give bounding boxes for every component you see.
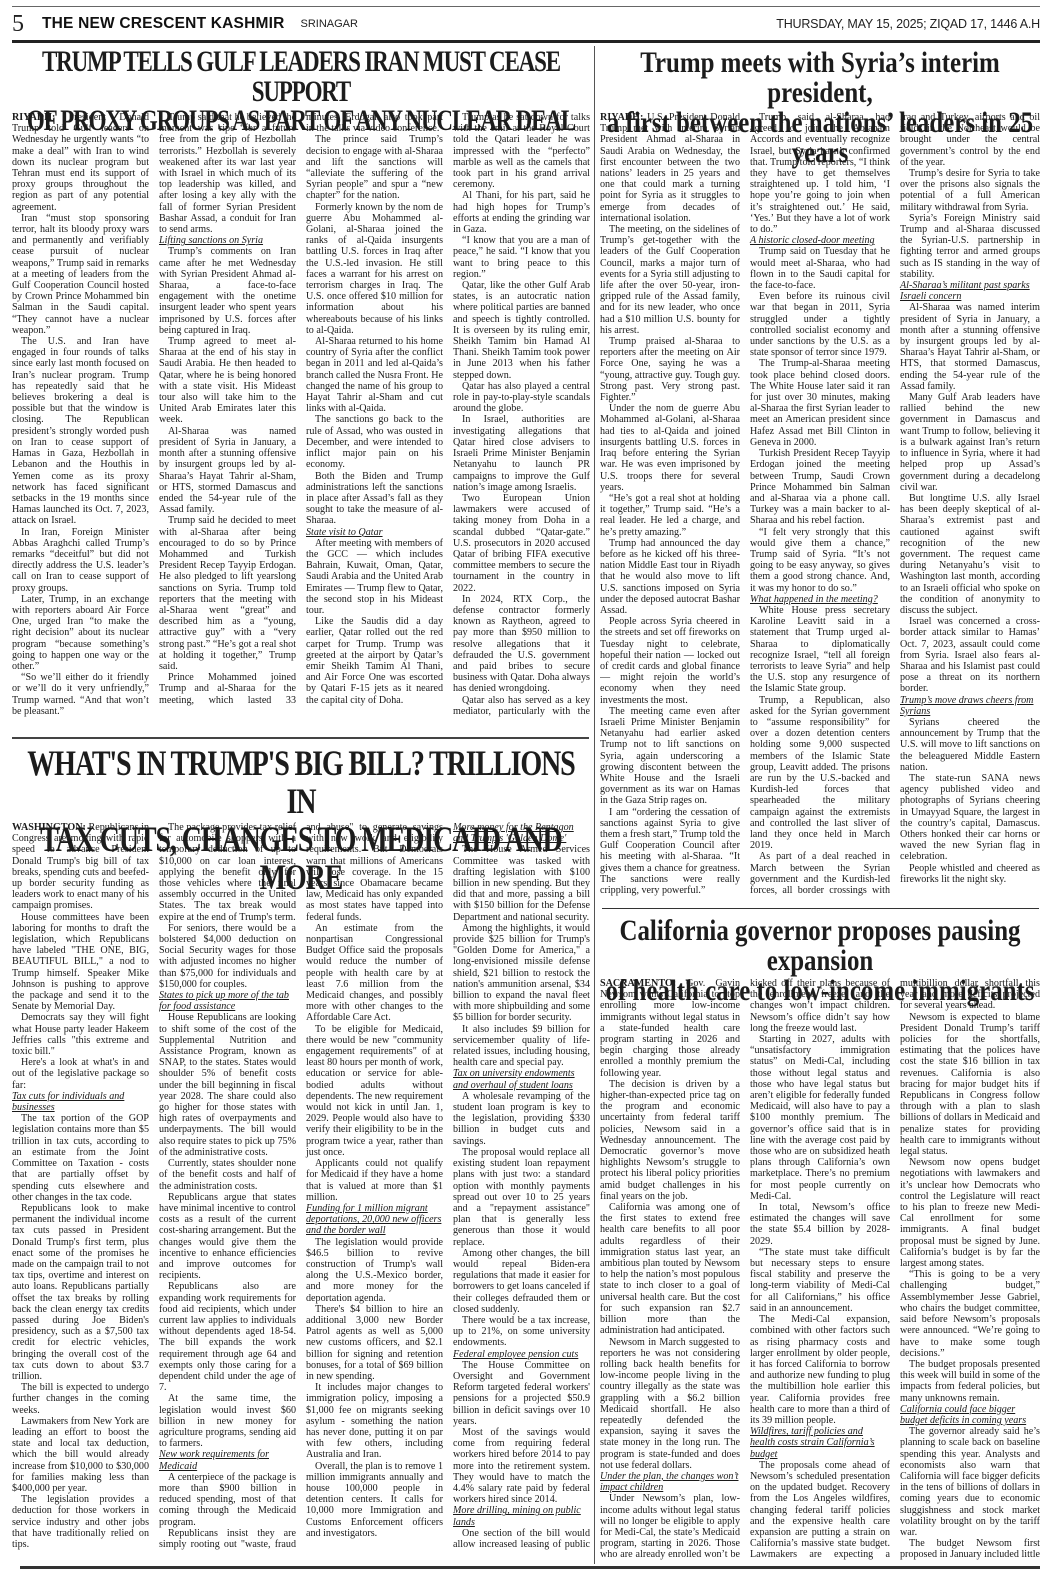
article-syria: Trump meets with Syria’s interim preside…: [600, 44, 1040, 906]
paragraph: Trump agreed to meet al-Sharaa at the en…: [159, 336, 296, 426]
paragraph: The legislation provides a deduction for…: [12, 1494, 149, 1550]
paragraph: Republicans look to make permanent the i…: [12, 1203, 149, 1382]
paragraph: A centerpiece of the package is more tha…: [159, 1472, 296, 1528]
article-big-bill: WHAT'S IN TRUMP'S BIG BILL? TRILLIONS IN…: [12, 742, 590, 1564]
paragraph: Trump praised al-Sharaa to reporters aft…: [600, 336, 740, 403]
paragraph: Both the Biden and Trump administrations…: [306, 471, 443, 527]
section-rule: [12, 737, 589, 739]
headline-line: TAX CUTS, CHANGES TO MEDICAID AND MORE: [12, 820, 589, 896]
paragraph: Trump said on Tuesday that he would meet…: [750, 246, 890, 291]
article-body: SACRAMENTO: Gov. Gavin Newsom wants Cali…: [600, 978, 1040, 1562]
subhead: What happened in the meeting?: [750, 594, 890, 605]
paragraph: Many Gulf Arab leaders have rallied behi…: [900, 392, 1040, 493]
headline: California governor proposes pausing exp…: [601, 912, 1039, 978]
paragraph: “This is going to be a very challenging …: [900, 1269, 1040, 1359]
paragraph: Like the Saudis did a day earlier, Qatar…: [306, 616, 443, 706]
paragraph: “He’s got a real shot at holding it toge…: [600, 493, 740, 538]
bottom-rule: [20, 1566, 1040, 1569]
paragraph: “I know that you are a man of peace,” he…: [453, 235, 590, 280]
article-iran: TRUMP TELLS GULF LEADERS IRAN MUST CEASE…: [12, 44, 590, 734]
paragraph: The House Committee on Oversight and Gov…: [453, 1360, 590, 1427]
paragraph: Republicans argue that states have minim…: [159, 1192, 296, 1282]
paragraph: Most of the savings would come from requ…: [453, 1427, 590, 1505]
paragraph: House Republicans are looking to shift s…: [159, 1012, 296, 1158]
paragraph: The state-run SANA news agency published…: [900, 773, 1040, 863]
paragraph: I am “ordering the cessation of sanction…: [600, 807, 740, 897]
top-rule: [12, 6, 1040, 7]
paragraph: Under the nom de guerre Abu Mohammed al-…: [600, 403, 740, 493]
headline: Trump meets with Syria’s interim preside…: [601, 44, 1039, 112]
subhead: State visit to Qatar: [306, 527, 443, 538]
subhead: Under the plan, the changes won’t impact…: [600, 1471, 740, 1493]
headline-line: California governor proposes pausing exp…: [601, 916, 1039, 976]
subhead: Federal employee pension cuts: [453, 1349, 590, 1360]
paragraph: An estimate from the nonpartisan Congres…: [306, 923, 443, 1024]
article-body: WASHINGTON: Republicans in Congress are …: [12, 822, 590, 1560]
paragraph: Qatar, like the other Gulf Arab states, …: [453, 280, 590, 381]
headline-line: of health care to low-income immigrants: [601, 976, 1039, 1006]
subhead: Tax cuts for individuals and businesses: [12, 1091, 149, 1113]
paragraph: The decision is driven by a higher-than-…: [600, 1079, 740, 1202]
page-number: 5: [12, 11, 34, 38]
paragraph: It also includes $9 billion for servicem…: [453, 1024, 590, 1069]
paragraph: Two European Union lawmakers were accuse…: [453, 493, 590, 594]
paragraph: It includes major changes to immigration…: [306, 1382, 443, 1460]
paragraph: Al-Sharaa returned to his home country o…: [306, 336, 443, 414]
paragraph: The budget proposals presented this week…: [900, 1359, 1040, 1404]
subhead: A historic closed-door meeting: [750, 235, 890, 246]
paragraph: Syria’s Foreign Ministry said Trump and …: [900, 213, 1040, 280]
subhead: California could face bigger budget defi…: [900, 1404, 1040, 1426]
headline: TRUMP TELLS GULF LEADERS IRAN MUST CEASE…: [12, 44, 589, 112]
paragraph: There's $4 billion to hire an additional…: [306, 1304, 443, 1382]
paragraph: After meeting with members of the GCC — …: [306, 538, 443, 616]
article-california: California governor proposes pausing exp…: [600, 912, 1040, 1564]
issue-date: THURSDAY, MAY 15, 2025; ZIQAD 17, 1446 A…: [776, 17, 1040, 31]
paragraph: House committees have been laboring for …: [12, 912, 149, 1013]
paragraph: Applicants could not qualify for Medicai…: [306, 1158, 443, 1203]
paragraph: “The state must take difficult but neces…: [750, 1247, 890, 1314]
paragraph: Trump’s desire for Syria to take over th…: [900, 168, 1040, 213]
section-rule: [602, 908, 1039, 909]
paragraph: Al-Sharaa was named president of Syria i…: [159, 426, 296, 516]
column-divider: [594, 46, 595, 1564]
paragraph: Al Thani, for his part, said he had high…: [453, 190, 590, 235]
paragraph: Trump, a Republican, also asked for the …: [750, 695, 890, 852]
paragraph: Newsom now opens budget negotiations wit…: [900, 1157, 1040, 1269]
paragraph: “So we’ll either do it friendly or we’ll…: [12, 672, 149, 717]
paragraph: In 2024, RTX Corp., the defense contract…: [453, 594, 590, 695]
paragraph: Formerly known by the nom de guerre Abu …: [306, 202, 443, 336]
paragraph: Even before its ruinous civil war that b…: [750, 291, 890, 358]
paragraph: Here's a look at what's in and out of th…: [12, 1057, 149, 1091]
paragraph: California was among one of the first st…: [600, 1202, 740, 1336]
paragraph: In Israel, authorities are investigating…: [453, 414, 590, 492]
article-body: RIYADH: U.S. President Donald Trump met …: [600, 112, 1040, 898]
paragraph: Republicans also are expanding work requ…: [159, 1281, 296, 1393]
subhead: Wildfires, tariff policies and health co…: [750, 1426, 890, 1460]
subhead: Funding for 1 million migrant deportatio…: [306, 1203, 443, 1237]
subhead: Tax on university endowments and overhau…: [453, 1068, 590, 1090]
paragraph: Trump said he decided to meet with al-Sh…: [159, 515, 296, 672]
subhead: More drilling, mining on public lands: [453, 1505, 590, 1527]
paragraph: The meeting, on the sidelines of Trump’s…: [600, 224, 740, 336]
paragraph: The proposal would replace all existing …: [453, 1147, 590, 1248]
paragraph: The Trump-al-Sharaa meeting took place b…: [750, 358, 890, 448]
paragraph: Lawmakers from New York are leading an e…: [12, 1416, 149, 1494]
masthead-rule: [12, 40, 1040, 43]
paragraph: The prince said Trump’s decision to enga…: [306, 134, 443, 201]
paragraph: Currently, states shoulder none of the b…: [159, 1158, 296, 1192]
city-label: SRINAGAR: [300, 18, 357, 30]
masthead: 5 THE NEW CRESCENT KASHMIR SRINAGAR THUR…: [12, 10, 1040, 38]
paragraph: There would be a tax increase, up to 21%…: [453, 1315, 590, 1349]
headline-line: TRUMP TELLS GULF LEADERS IRAN MUST CEASE…: [12, 48, 589, 107]
headline-line: a first between the nations’ leaders in …: [601, 108, 1039, 168]
paragraph: In Iran, Foreign Minister Abbas Araghchi…: [12, 527, 149, 594]
paragraph: Israel was concerned a cross-border atta…: [900, 616, 1040, 694]
paragraph: Trump had announced the day before as he…: [600, 538, 740, 616]
paragraph: Trump’s comments on Iran came after he m…: [159, 246, 296, 336]
paragraph: Newsom is expected to blame President Do…: [900, 1012, 1040, 1158]
paragraph: The governor already said he’s planning …: [900, 1426, 1040, 1538]
paragraph: Among other changes, the bill would repe…: [453, 1248, 590, 1315]
subhead: New work requirements for Medicaid: [159, 1449, 296, 1471]
paragraph: Syrians cheered the announcement by Trum…: [900, 717, 1040, 773]
headline-line: Trump meets with Syria’s interim preside…: [601, 48, 1039, 108]
paragraph: The legislation would provide $46.5 bill…: [306, 1237, 443, 1304]
headline-line: WHAT'S IN TRUMP'S BIG BILL? TRILLIONS IN: [12, 744, 589, 820]
paragraph: But longtime U.S. ally Israel has been d…: [900, 493, 1040, 616]
paper-name: THE NEW CRESCENT KASHMIR: [42, 15, 284, 33]
paragraph: Overall, the plan is to remove 1 million…: [306, 1461, 443, 1539]
headline: WHAT'S IN TRUMP'S BIG BILL? TRILLIONS IN…: [12, 742, 589, 822]
paragraph: Newsom in March suggested to reporters h…: [600, 1337, 740, 1471]
paragraph: Starting in 2027, adults with “unsatisfa…: [750, 1034, 890, 1202]
paragraph: The bill is expected to undergo further …: [12, 1382, 149, 1416]
paragraph: Qatar has also played a central role in …: [453, 381, 590, 415]
paragraph: The U.S. and Iran have engaged in four r…: [12, 336, 149, 526]
paragraph: Al-Sharaa was named interim president of…: [900, 302, 1040, 392]
paragraph: White House press secretary Karoline Lea…: [750, 605, 890, 695]
paragraph: To be eligible for Medicaid, there would…: [306, 1024, 443, 1158]
paragraph: People across Syria cheered in the stree…: [600, 616, 740, 706]
paragraph: The meeting came even after Israeli Prim…: [600, 706, 740, 807]
paragraph: Among the highlights, it would provide $…: [453, 923, 590, 1024]
paragraph: For seniors, there would be a bolstered …: [159, 923, 296, 990]
paragraph: Later, Trump, in an exchange with report…: [12, 594, 149, 672]
paragraph: People whistled and cheered as fireworks…: [900, 863, 1040, 885]
paragraph: The tax portion of the GOP legislation c…: [12, 1113, 149, 1203]
subhead: Lifting sanctions on Syria: [159, 235, 296, 246]
paragraph: “I felt very strongly that this would gi…: [750, 527, 890, 594]
subhead: Trump’s move draws cheers from Syrians: [900, 695, 1040, 717]
article-body: RIYADH: President Donald Trump told Gulf…: [12, 112, 590, 724]
paragraph: A wholesale revamping of the student loa…: [453, 1091, 590, 1147]
subhead: Al-Sharaa’s militant past sparks Israeli…: [900, 280, 1040, 302]
paragraph: The sanctions go back to the rule of Ass…: [306, 414, 443, 470]
paragraph: Turkish President Recep Tayyip Erdogan j…: [750, 448, 890, 526]
paragraph: The Medi-Cal expansion, combined with ot…: [750, 1314, 890, 1426]
paragraph: In total, Newsom’s office estimated the …: [750, 1202, 890, 1247]
subhead: States to pick up more of the tab for fo…: [159, 990, 296, 1012]
paragraph: Iran “must stop sponsoring terror, halt …: [12, 213, 149, 336]
paragraph: Democrats say they will fight what House…: [12, 1012, 149, 1057]
headline-line: OF PROXY GROUPS AS PART OF ANY NUCLEAR D…: [12, 107, 589, 137]
paragraph: At the same time, the legislation would …: [159, 1393, 296, 1449]
